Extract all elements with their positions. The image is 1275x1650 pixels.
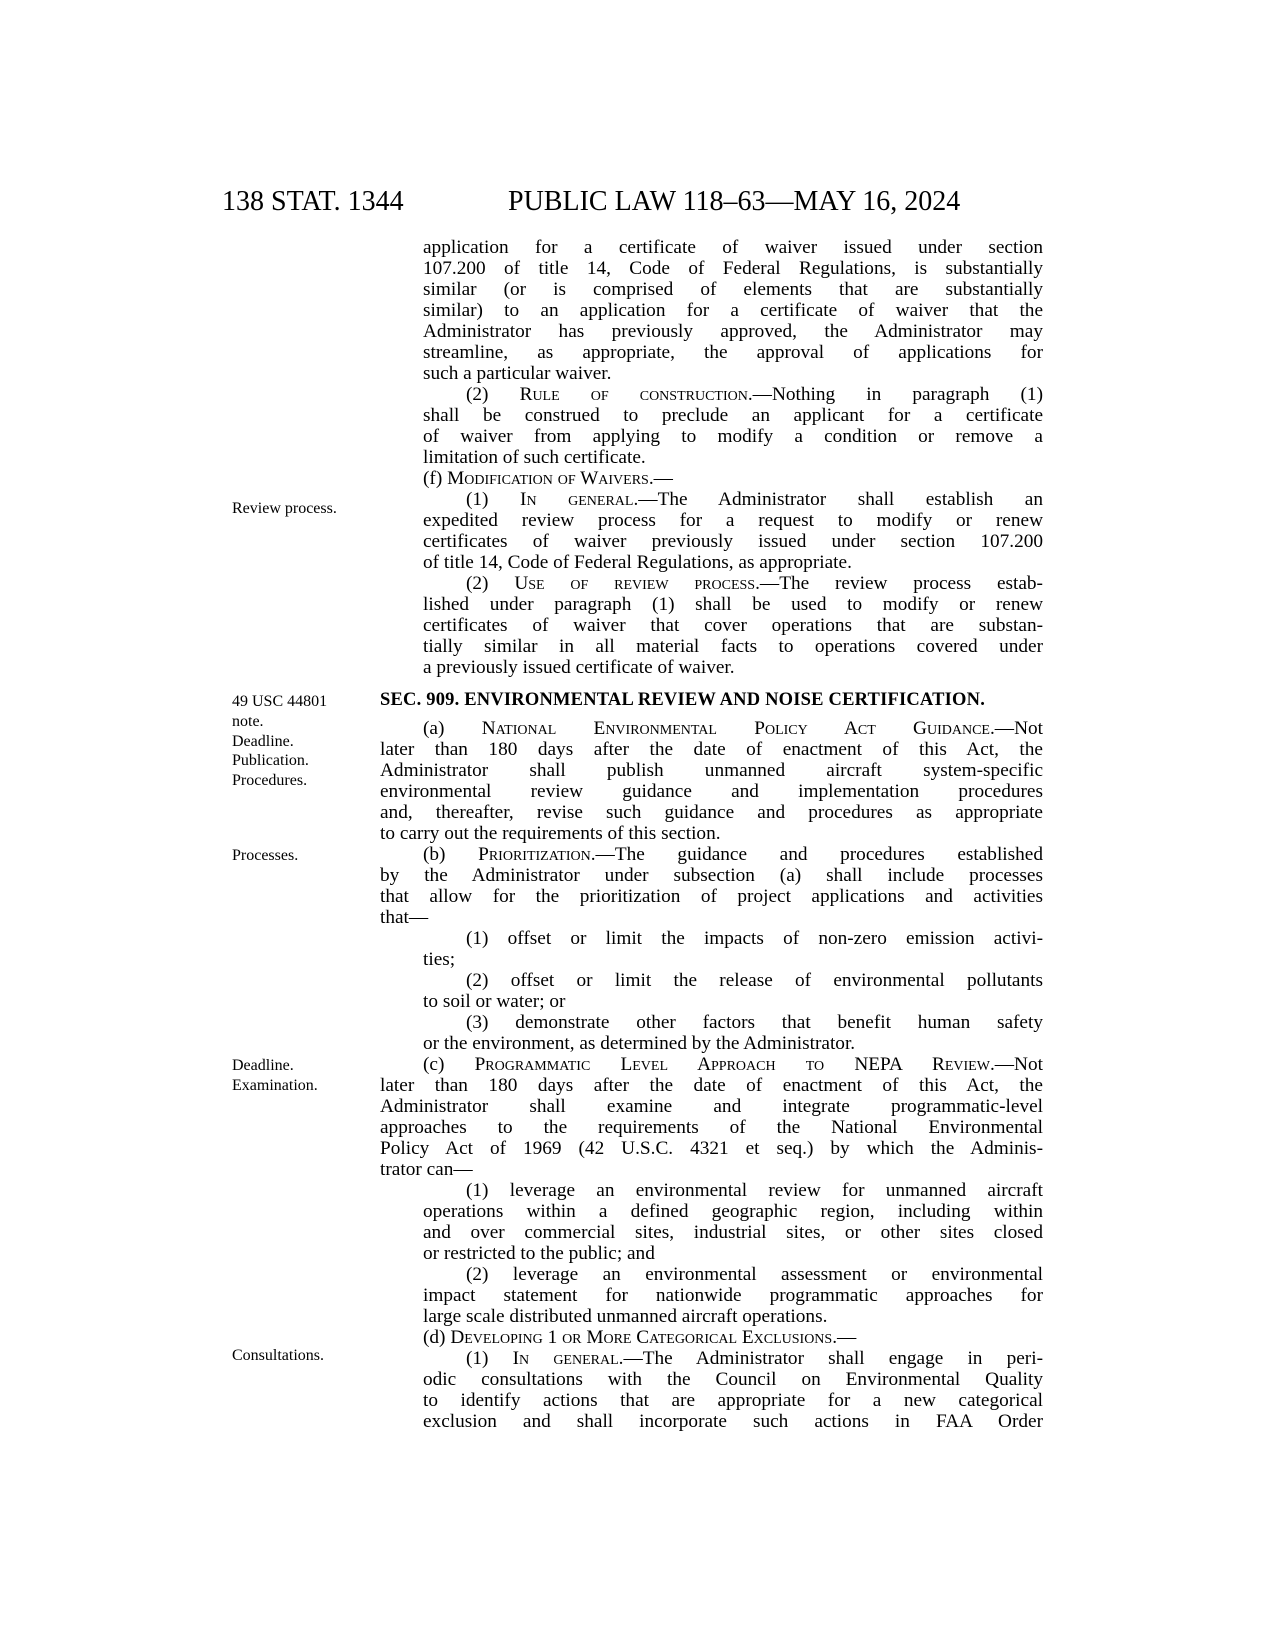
document-page: 138 STAT. 1344 PUBLIC LAW 118–63—MAY 16,… — [0, 0, 1275, 1650]
body-line: later than 180 days after the date of en… — [380, 1075, 1043, 1096]
body-line: (d) Developing 1 or More Categorical Exc… — [423, 1327, 1043, 1348]
body-line: by the Administrator under subsection (a… — [380, 865, 1043, 886]
margin-note: Consultations. — [232, 1346, 377, 1366]
body-line: tially similar in all material facts to … — [423, 636, 1043, 657]
body-line: lished under paragraph (1) shall be used… — [423, 594, 1043, 615]
body-line: similar (or is comprised of elements tha… — [423, 279, 1043, 300]
body-line: a previously issued certificate of waive… — [423, 657, 1043, 678]
margin-note-line: Procedures. — [232, 771, 377, 791]
body-line: certificates of waiver previously issued… — [423, 531, 1043, 552]
margin-notes: Review process.49 USC 44801note.Deadline… — [0, 0, 380, 1650]
body-line: (c) Programmatic Level Approach to NEPA … — [423, 1054, 1043, 1075]
margin-note: Review process. — [232, 499, 377, 519]
body-line: (2) Rule of construction.—Nothing in par… — [466, 384, 1043, 405]
body-line: (a) National Environmental Policy Act Gu… — [423, 718, 1043, 739]
margin-note-line: Consultations. — [232, 1346, 377, 1366]
body-line: large scale distributed unmanned aircraf… — [423, 1306, 1043, 1327]
margin-note-line: Processes. — [232, 846, 377, 866]
margin-note-line: note. — [232, 712, 377, 732]
margin-note-line: Publication. — [232, 751, 377, 771]
body-line: or the environment, as determined by the… — [423, 1033, 1043, 1054]
body-line: and, thereafter, revise such guidance an… — [380, 802, 1043, 823]
body-line: trator can— — [380, 1159, 1043, 1180]
body-line: (2) offset or limit the release of envir… — [466, 970, 1043, 991]
body-line: Policy Act of 1969 (42 U.S.C. 4321 et se… — [380, 1138, 1043, 1159]
body-line: similar) to an application for a certifi… — [423, 300, 1043, 321]
body-line: and over commercial sites, industrial si… — [423, 1222, 1043, 1243]
body-line: or restricted to the public; and — [423, 1243, 1043, 1264]
body-column: application for a certificate of waiver … — [380, 237, 1043, 1432]
body-line: (b) Prioritization.—The guidance and pro… — [423, 844, 1043, 865]
margin-note-line: Deadline. — [232, 1056, 377, 1076]
body-line: (2) Use of review process.—The review pr… — [466, 573, 1043, 594]
body-line: Administrator has previously approved, t… — [423, 321, 1043, 342]
body-line: exclusion and shall incorporate such act… — [423, 1411, 1043, 1432]
body-line: operations within a defined geographic r… — [423, 1201, 1043, 1222]
body-line: shall be construed to preclude an applic… — [423, 405, 1043, 426]
body-line: (1) leverage an environmental review for… — [466, 1180, 1043, 1201]
body-line: certificates of waiver that cover operat… — [423, 615, 1043, 636]
section-heading: SEC. 909. ENVIRONMENTAL REVIEW AND NOISE… — [380, 690, 1043, 711]
body-line: (3) demonstrate other factors that benef… — [466, 1012, 1043, 1033]
body-line: (1) offset or limit the impacts of non-z… — [466, 928, 1043, 949]
margin-note-line: Review process. — [232, 499, 377, 519]
body-line: (f) Modification of Waivers.— — [423, 468, 1043, 489]
margin-note-line: Examination. — [232, 1076, 377, 1096]
margin-note: 49 USC 44801note.Deadline.Publication.Pr… — [232, 692, 377, 791]
margin-note-line: Deadline. — [232, 732, 377, 752]
body-line: limitation of such certificate. — [423, 447, 1043, 468]
body-line: (1) In general.—The Administrator shall … — [466, 1348, 1043, 1369]
body-line: expedited review process for a request t… — [423, 510, 1043, 531]
body-line: such a particular waiver. — [423, 363, 1043, 384]
margin-note: Processes. — [232, 846, 377, 866]
body-line: ties; — [423, 949, 1043, 970]
body-line: that allow for the prioritization of pro… — [380, 886, 1043, 907]
body-line: to carry out the requirements of this se… — [380, 823, 1043, 844]
body-line: later than 180 days after the date of en… — [380, 739, 1043, 760]
body-line: to identify actions that are appropriate… — [423, 1390, 1043, 1411]
body-line: impact statement for nationwide programm… — [423, 1285, 1043, 1306]
public-law-header: PUBLIC LAW 118–63—MAY 16, 2024 — [508, 188, 960, 216]
body-line: application for a certificate of waiver … — [423, 237, 1043, 258]
margin-note-line: 49 USC 44801 — [232, 692, 377, 712]
body-line: Administrator shall examine and integrat… — [380, 1096, 1043, 1117]
body-line: approaches to the requirements of the Na… — [380, 1117, 1043, 1138]
body-line: odic consultations with the Council on E… — [423, 1369, 1043, 1390]
body-line: Administrator shall publish unmanned air… — [380, 760, 1043, 781]
body-line: 107.200 of title 14, Code of Federal Reg… — [423, 258, 1043, 279]
body-line: environmental review guidance and implem… — [380, 781, 1043, 802]
body-line: of waiver from applying to modify a cond… — [423, 426, 1043, 447]
body-line: of title 14, Code of Federal Regulations… — [423, 552, 1043, 573]
body-line: (2) leverage an environmental assessment… — [466, 1264, 1043, 1285]
margin-note: Deadline.Examination. — [232, 1056, 377, 1096]
body-line: that— — [380, 907, 1043, 928]
body-line: streamline, as appropriate, the approval… — [423, 342, 1043, 363]
body-line: to soil or water; or — [423, 991, 1043, 1012]
body-line: (1) In general.—The Administrator shall … — [466, 489, 1043, 510]
